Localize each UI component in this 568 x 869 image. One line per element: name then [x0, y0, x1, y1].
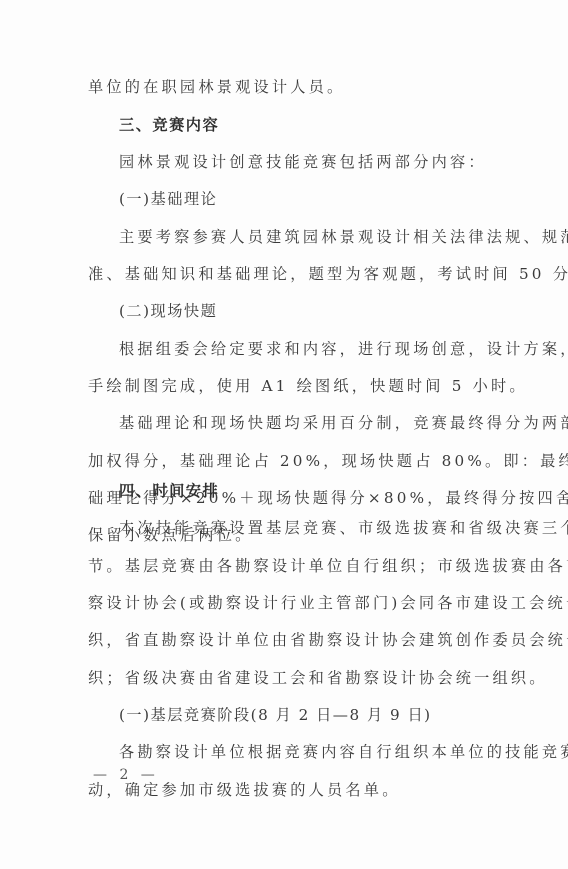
body-line: 基础理论和现场快题均采用百分制，竞赛最终得分为两部分: [119, 413, 519, 433]
body-line: 准、基础知识和基础理论，题型为客观题，考试时间 50 分钟。: [88, 264, 488, 284]
document-page: 单位的在职园林景观设计人员。 三、竞赛内容 园林景观设计创意技能竞赛包括两部分内…: [0, 0, 568, 869]
page-number: — 2 —: [93, 767, 159, 783]
body-line: 根据组委会给定要求和内容，进行现场创意，设计方案，采用: [119, 339, 519, 359]
subheading-basic-theory: (一)基础理论: [119, 189, 519, 209]
body-line: 园林景观设计创意技能竞赛包括两部分内容：: [119, 152, 519, 172]
body-line: 节。基层竞赛由各勘察设计单位自行组织；市级选拔赛由各市勘: [88, 556, 488, 576]
body-line: 织；省级决赛由省建设工会和省勘察设计协会统一组织。: [88, 668, 488, 688]
body-line: 织，省直勘察设计单位由省勘察设计协会建筑创作委员会统一组: [88, 630, 488, 650]
section-heading-3: 三、竞赛内容: [119, 115, 519, 135]
body-line: 主要考察参赛人员建筑园林景观设计相关法律法规、规范标: [119, 227, 519, 247]
body-line: 动，确定参加市级选拔赛的人员名单。: [88, 780, 488, 800]
body-line: 加权得分，基础理论占 20%，现场快题占 80%。即：最终得分＝基: [88, 451, 488, 471]
body-line: 本次技能竞赛设置基层竞赛、市级选拔赛和省级决赛三个环: [119, 518, 519, 538]
body-line: 单位的在职园林景观设计人员。: [88, 77, 488, 97]
subheading-grassroots-stage: (一)基层竞赛阶段(8 月 2 日—8 月 9 日): [119, 705, 519, 725]
body-line: 察设计协会(或勘察设计行业主管部门)会同各市建设工会统一组: [88, 593, 488, 613]
subheading-onsite-sketch: (二)现场快题: [119, 301, 519, 321]
body-line: 手绘制图完成，使用 A1 绘图纸，快题时间 5 小时。: [88, 376, 488, 396]
body-line: 各勘察设计单位根据竞赛内容自行组织本单位的技能竞赛活: [119, 742, 519, 762]
section-heading-4: 四、时间安排: [119, 481, 519, 501]
